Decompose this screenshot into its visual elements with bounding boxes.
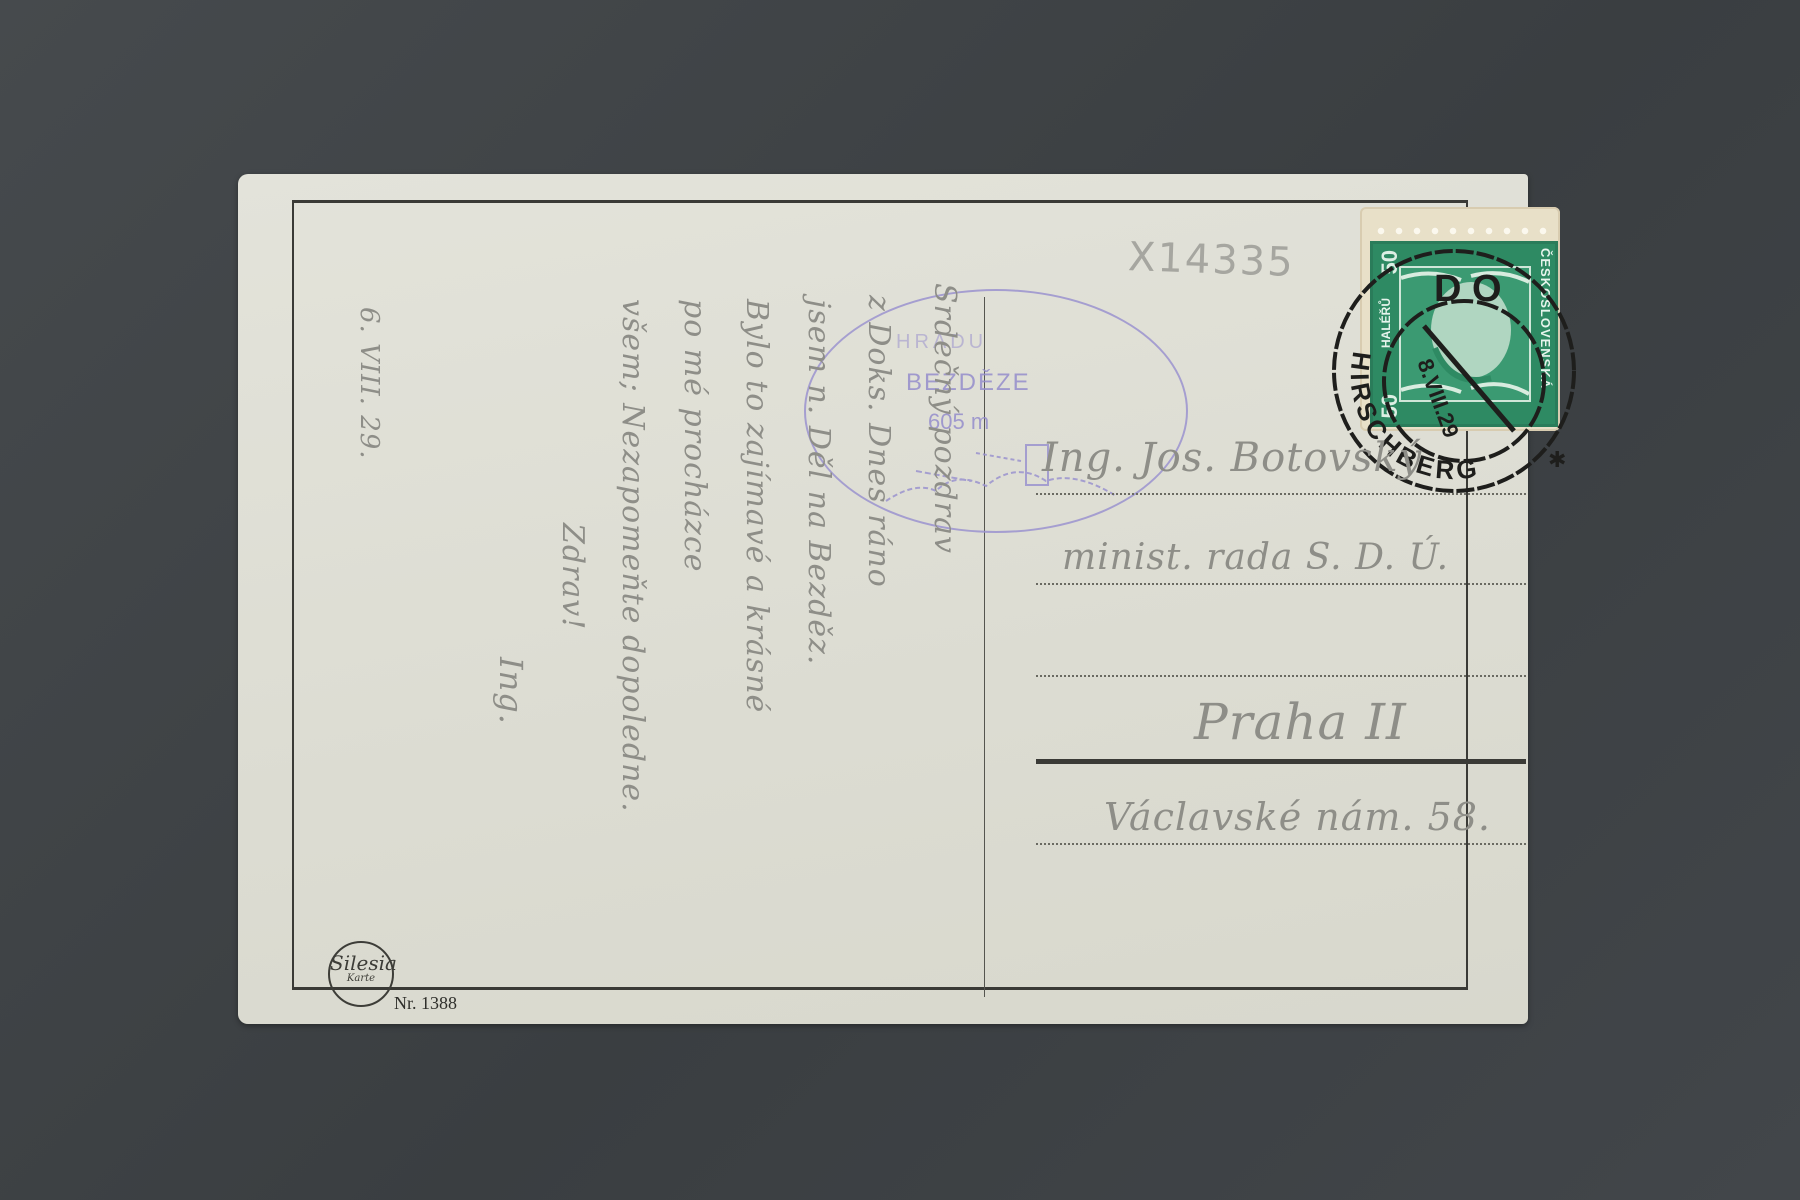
recipient-name: Ing. Jos. Botovský xyxy=(1042,435,1422,481)
svg-text:D O: D O xyxy=(1434,268,1502,310)
address-line-3 xyxy=(1036,675,1526,677)
cachet-line-2: BEZDĚZE xyxy=(906,369,1031,397)
svg-text:8.VIII.29: 8.VIII.29 xyxy=(1412,355,1464,441)
message-line-5: po mé procházce xyxy=(677,299,712,573)
reference-number: X14335 xyxy=(1127,234,1295,286)
recipient-title: minist. rada S. D. Ú. xyxy=(1062,537,1449,578)
address-line-city xyxy=(1036,759,1526,764)
address-line-1 xyxy=(1036,493,1526,495)
recipient-city: Praha II xyxy=(1194,693,1407,751)
postcard-back: X14335 HRADU BEZDĚZE 605 m 50 HALÉŘŮ xyxy=(238,174,1528,1024)
message-line-4: Bylo to zajímavé a krásné xyxy=(739,299,774,713)
message-line-6: všem; Nezapomeňte dopoledne. xyxy=(615,299,650,813)
recipient-street: Václavské nám. 58. xyxy=(1104,795,1491,839)
message-line-7: Zdrav! xyxy=(555,523,590,630)
svg-text:✱: ✱ xyxy=(1548,448,1566,473)
logo-brand: Silesia xyxy=(330,953,392,973)
message-line-3: jsem n. Děl na Bezděz. xyxy=(801,299,836,665)
message-line-1: Srdečný pozdrav xyxy=(927,283,962,554)
message-line-2: z Doks. Dnes ráno xyxy=(861,295,896,588)
printed-border: X14335 HRADU BEZDĚZE 605 m 50 HALÉŘŮ xyxy=(292,200,1468,990)
address-line-2 xyxy=(1036,583,1526,585)
card-number: Nr. 1388 xyxy=(394,993,457,1014)
address-line-street xyxy=(1036,843,1526,845)
silesia-logo: Silesia Karte xyxy=(328,941,394,1007)
message-signature: Ing. xyxy=(492,657,530,725)
message-date: 6. VIII. 29. xyxy=(354,307,384,460)
